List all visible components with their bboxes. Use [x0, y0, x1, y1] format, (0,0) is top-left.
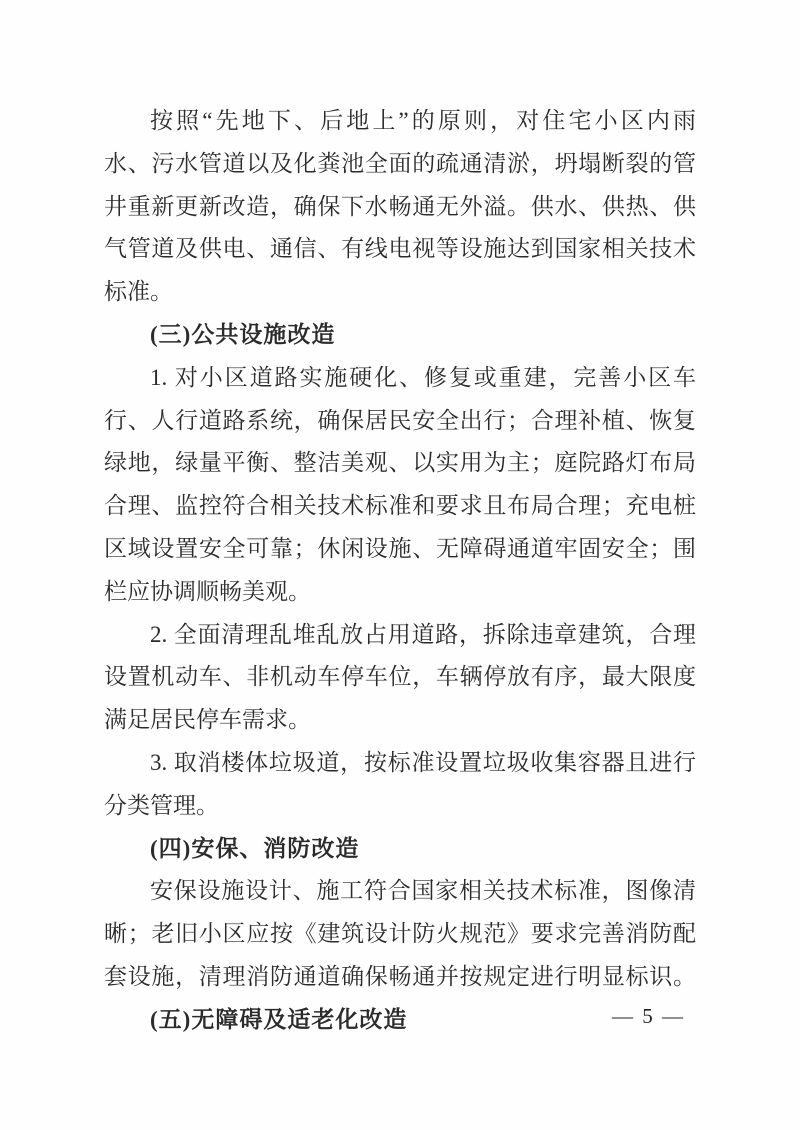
section-heading: (三)公共设施改造	[104, 314, 696, 357]
text-line: 栏应协调顺畅美观。	[104, 571, 696, 614]
text-line: 设置机动车、非机动车停车位，车辆停放有序，最大限度	[104, 656, 696, 699]
page-number-text: — 5 —	[612, 1004, 685, 1028]
text-line: 1. 对小区道路实施硬化、修复或重建，完善小区车	[104, 357, 696, 400]
paragraph: 安保设施设计、施工符合国家相关技术标准，图像清晰；老旧小区应按《建筑设计防火规范…	[104, 870, 696, 998]
text-line: 气管道及供电、通信、有线电视等设施达到国家相关技术	[104, 228, 696, 271]
paragraph: 1. 对小区道路实施硬化、修复或重建，完善小区车行、人行道路系统，确保居民安全出…	[104, 357, 696, 614]
text-line: (五)无障碍及适老化改造	[104, 999, 696, 1042]
text-line: 水、污水管道以及化粪池全面的疏通清淤，坍塌断裂的管	[104, 143, 696, 186]
text-line: (三)公共设施改造	[104, 314, 696, 357]
text-line: 晰；老旧小区应按《建筑设计防火规范》要求完善消防配	[104, 913, 696, 956]
document-page: 按照“先地下、后地上”的原则，对住宅小区内雨水、污水管道以及化粪池全面的疏通清淤…	[0, 0, 800, 1130]
text-line: 合理、监控符合相关技术标准和要求且布局合理；充电桩	[104, 485, 696, 528]
text-line: 区域设置安全可靠；休闲设施、无障碍通道牢固安全；围	[104, 528, 696, 571]
section-heading: (五)无障碍及适老化改造	[104, 999, 696, 1042]
text-line: 安保设施设计、施工符合国家相关技术标准，图像清	[104, 870, 696, 913]
paragraph: 3. 取消楼体垃圾道，按标准设置垃圾收集容器且进行分类管理。	[104, 742, 696, 828]
text-line: 分类管理。	[104, 785, 696, 828]
text-line: 3. 取消楼体垃圾道，按标准设置垃圾收集容器且进行	[104, 742, 696, 785]
paragraph: 按照“先地下、后地上”的原则，对住宅小区内雨水、污水管道以及化粪池全面的疏通清淤…	[104, 100, 696, 314]
page-number: — 5 —	[612, 1004, 685, 1029]
text-line: 按照“先地下、后地上”的原则，对住宅小区内雨	[104, 100, 696, 143]
text-line: 套设施，清理消防通道确保畅通并按规定进行明显标识。	[104, 956, 696, 999]
text-line: 标准。	[104, 271, 696, 314]
text-line: (四)安保、消防改造	[104, 828, 696, 871]
text-line: 满足居民停车需求。	[104, 699, 696, 742]
paragraph: 2. 全面清理乱堆乱放占用道路，拆除违章建筑，合理设置机动车、非机动车停车位，车…	[104, 614, 696, 742]
text-line: 井重新更新改造，确保下水畅通无外溢。供水、供热、供	[104, 186, 696, 229]
document-body: 按照“先地下、后地上”的原则，对住宅小区内雨水、污水管道以及化粪池全面的疏通清淤…	[104, 100, 696, 1042]
text-line: 绿地，绿量平衡、整洁美观、以实用为主；庭院路灯布局	[104, 442, 696, 485]
text-line: 行、人行道路系统，确保居民安全出行；合理补植、恢复	[104, 400, 696, 443]
text-line: 2. 全面清理乱堆乱放占用道路，拆除违章建筑，合理	[104, 614, 696, 657]
section-heading: (四)安保、消防改造	[104, 828, 696, 871]
